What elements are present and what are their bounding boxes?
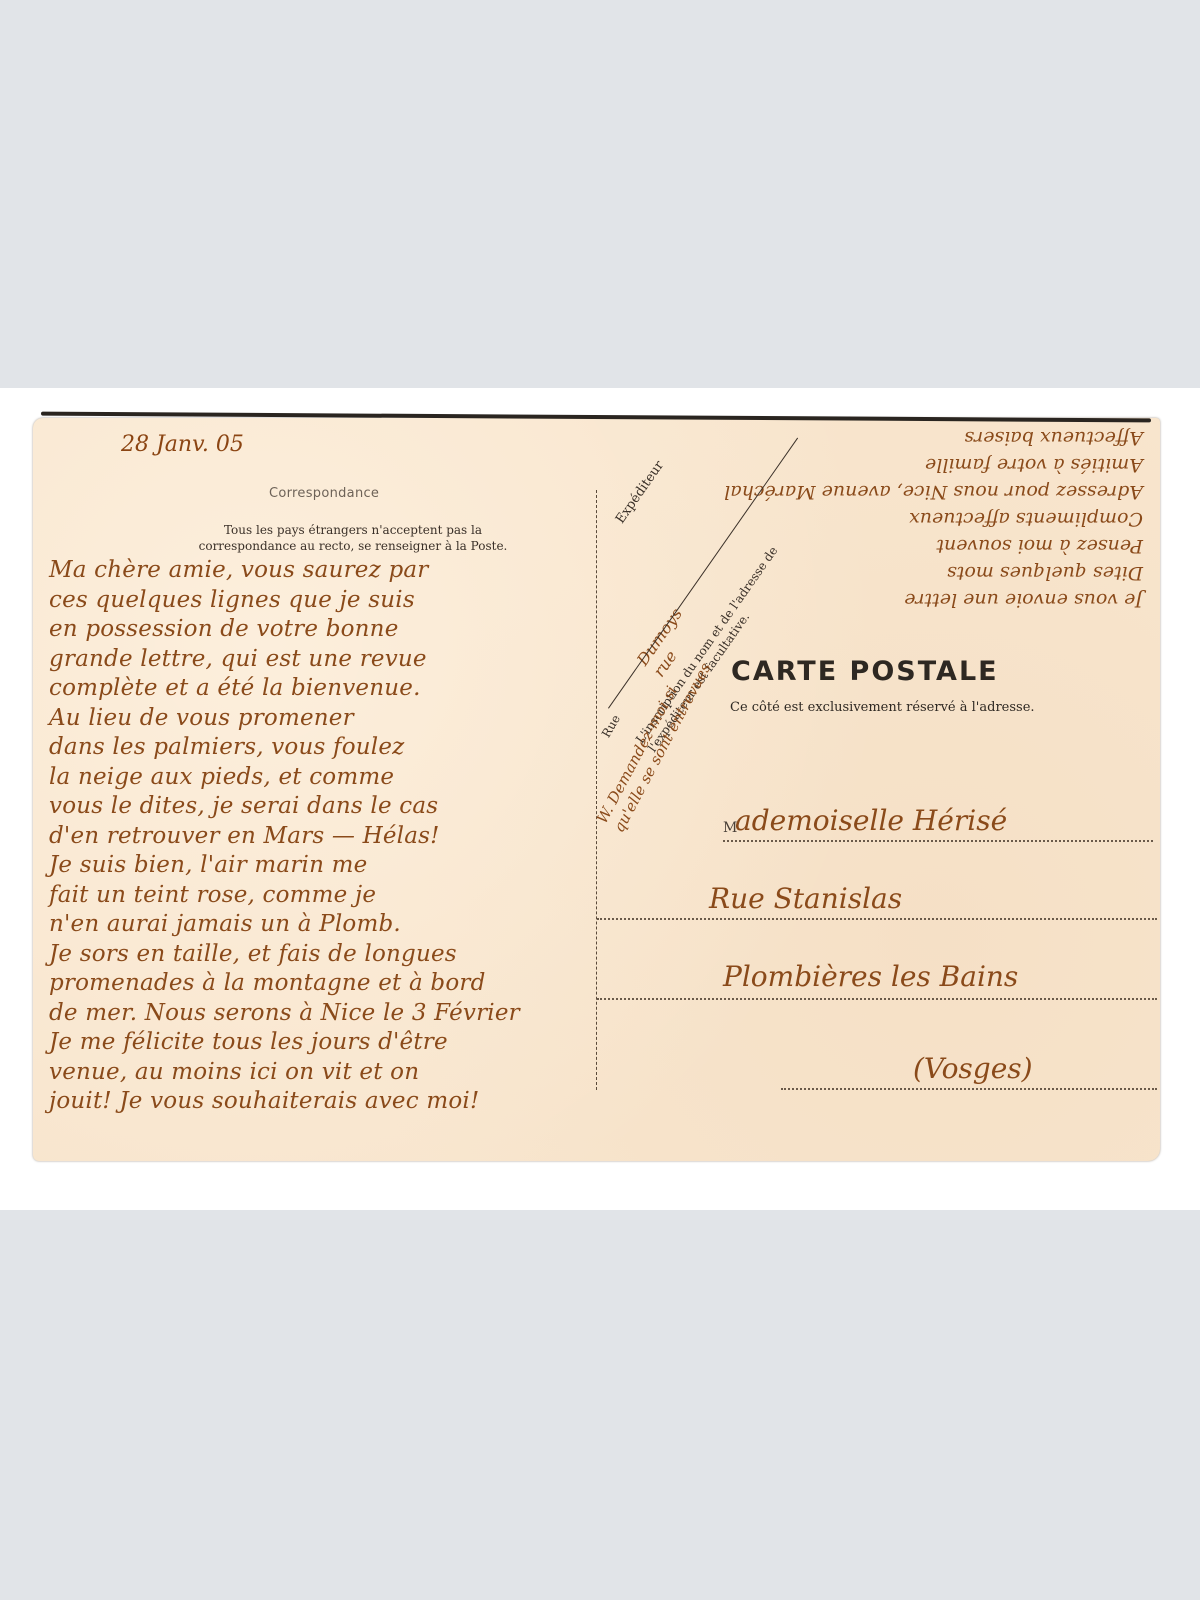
letter-line: grande lettre, qui est une revue — [49, 645, 609, 675]
carte-postale-title: CARTE POSTALE — [731, 656, 999, 687]
letter-line: jouit! Je vous souhaiterais avec moi! — [49, 1087, 609, 1117]
address-line-3 — [597, 996, 1157, 1000]
sender-label: Expéditeur — [613, 458, 667, 526]
printed-notice-line: Tous les pays étrangers n'acceptent pas … — [128, 522, 578, 538]
letter-line: en possession de votre bonne — [49, 615, 609, 645]
letter-line: Je suis bien, l'air marin me — [49, 851, 609, 881]
handwritten-letter: Ma chère amie, vous saurez par ces quelq… — [49, 556, 609, 1117]
letter-line: complète et a été la bienvenue. — [49, 674, 609, 704]
letter-line: venue, au moins ici on vit et on — [49, 1058, 609, 1088]
recipient-street: Rue Stanislas — [709, 882, 902, 915]
address-side-notice: Ce côté est exclusivement réservé à l'ad… — [730, 700, 1035, 715]
letter-line: dans les palmiers, vous foulez — [49, 733, 609, 763]
upside-line: Affectueux baisers — [363, 424, 1143, 451]
recipient-region: (Vosges) — [913, 1052, 1033, 1085]
letter-line: Ma chère amie, vous saurez par — [49, 556, 609, 586]
correspondence-heading: Correspondance — [269, 486, 379, 501]
letter-line: promenades à la montagne et à bord — [49, 969, 609, 999]
address-line-1 — [723, 838, 1153, 842]
recipient-city: Plombières les Bains — [723, 960, 1018, 993]
letter-line: d'en retrouver en Mars — Hélas! — [49, 822, 609, 852]
letter-line: vous le dites, je serai dans le cas — [49, 792, 609, 822]
letter-line: Au lieu de vous promener — [49, 704, 609, 734]
letter-line: la neige aux pieds, et comme — [49, 763, 609, 793]
recipient-name: ademoiselle Hérisé — [735, 804, 1007, 837]
address-line-4 — [781, 1086, 1157, 1090]
printed-notice-line: correspondance au recto, se renseigner à… — [128, 538, 578, 554]
postcard-back: 28 Janv. 05 Je vous envoie une lettre Di… — [33, 418, 1160, 1161]
letter-line: Je sors en taille, et fais de longues — [49, 940, 609, 970]
letter-line: ces quelques lignes que je suis — [49, 586, 609, 616]
printed-notice: Tous les pays étrangers n'acceptent pas … — [128, 522, 578, 554]
letter-line: fait un teint rose, comme je — [49, 881, 609, 911]
letter-line: n'en aurai jamais un à Plomb. — [49, 910, 609, 940]
address-line-2 — [597, 916, 1157, 920]
handwritten-date: 28 Janv. 05 — [121, 432, 244, 457]
letter-line: Je me félicite tous les jours d'être — [49, 1028, 609, 1058]
letter-line: de mer. Nous serons à Nice le 3 Février — [49, 999, 609, 1029]
